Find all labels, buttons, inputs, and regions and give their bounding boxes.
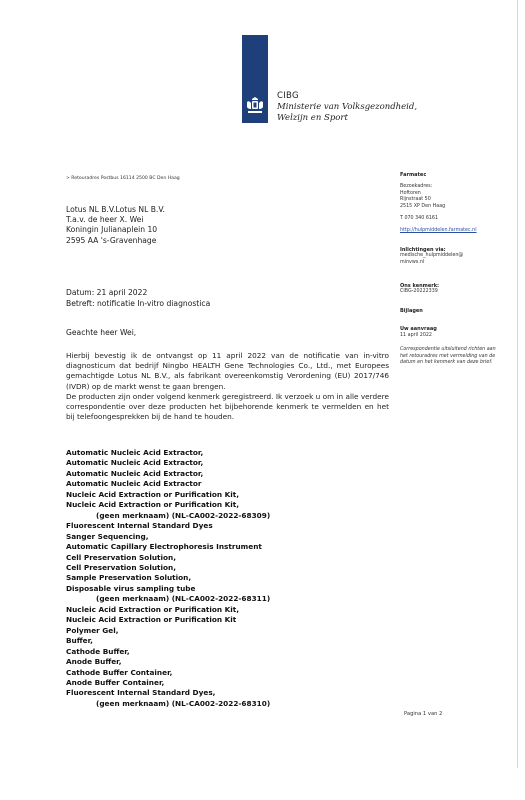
body-paragraph: De producten zijn onder volgend kenmerk … — [66, 392, 389, 423]
product-item: Nucleic Acid Extraction or Purification … — [66, 605, 270, 615]
salutation: Geachte heer Wei, — [66, 328, 136, 337]
product-item: Cathode Buffer, — [66, 647, 270, 657]
ministry-name-line2: Welzijn en Sport — [277, 113, 417, 124]
product-item: Anode Buffer Container, — [66, 678, 270, 688]
correspondence-note: Correspondentie uitsluitend richten aan … — [400, 347, 500, 366]
recipient-line: 2595 AA 's-Gravenhage — [66, 236, 165, 246]
product-item: Nucleic Acid Extraction or Purification … — [66, 500, 270, 510]
letter-subject: Betreft: notificatie In-vitro diagnostic… — [66, 299, 210, 310]
product-item: Automatic Nucleic Acid Extractor — [66, 479, 270, 489]
letter-date: Datum: 21 april 2022 — [66, 288, 210, 299]
ministry-name-line1: Ministerie van Volksgezondheid, — [277, 102, 417, 113]
recipient-line: Lotus NL B.V.Lotus NL B.V. — [66, 205, 165, 215]
recipient-line: Koningin Julianaplein 10 — [66, 225, 165, 235]
coat-of-arms-icon — [244, 94, 266, 118]
recipient-address: Lotus NL B.V.Lotus NL B.V. T.a.v. de hee… — [66, 205, 165, 246]
product-item: Sample Preservation Solution, — [66, 573, 270, 583]
product-registration-code: (geen merknaam) (NL-CA002-2022-68309) — [66, 511, 270, 521]
body-paragraph: Hierbij bevestig ik de ontvangst op 11 a… — [66, 351, 389, 392]
product-item: Polymer Gel, — [66, 626, 270, 636]
product-list: Automatic Nucleic Acid Extractor,Automat… — [66, 448, 270, 709]
letter-meta: Datum: 21 april 2022 Betreft: notificati… — [66, 288, 210, 309]
product-item: Nucleic Acid Extraction or Purification … — [66, 615, 270, 625]
product-item: Buffer, — [66, 636, 270, 646]
org-name: CIBG — [277, 91, 417, 102]
attachments-label: Bijlagen — [400, 308, 510, 314]
product-item: Cathode Buffer Container, — [66, 668, 270, 678]
recipient-line: T.a.v. de heer X. Wei — [66, 215, 165, 225]
sidebar-info: Farmatec Bezoekadres: Hoftoren Rijnstraa… — [400, 172, 510, 372]
product-registration-code: (geen merknaam) (NL-CA002-2022-68311) — [66, 594, 270, 604]
request-date: 11 april 2022 — [400, 333, 510, 339]
product-item: Fluorescent Internal Standard Dyes, — [66, 688, 270, 698]
info-email-line[interactable]: minvws.nl — [400, 260, 510, 266]
return-address: > Retouradres Postbus 16114 2500 BC Den … — [66, 176, 180, 181]
page-number: Pagina 1 van 2 — [404, 711, 442, 717]
product-item: Anode Buffer, — [66, 657, 270, 667]
product-item: Automatic Nucleic Acid Extractor, — [66, 458, 270, 468]
product-item: Automatic Capillary Electrophoresis Inst… — [66, 542, 270, 552]
product-item: Cell Preservation Solution, — [66, 563, 270, 573]
product-item: Sanger Sequencing, — [66, 532, 270, 542]
product-item: Cell Preservation Solution, — [66, 553, 270, 563]
visit-address-line: 2515 XP Den Haag — [400, 204, 510, 210]
department-name: Farmatec — [400, 172, 510, 178]
product-item: Disposable virus sampling tube — [66, 584, 270, 594]
logo-text: CIBG Ministerie van Volksgezondheid, Wel… — [277, 91, 417, 124]
product-registration-code: (geen merknaam) (NL-CA002-2022-68310) — [66, 699, 270, 709]
letter-body: Hierbij bevestig ik de ontvangst op 11 a… — [66, 351, 389, 422]
reference-value: CIBG-20222339 — [400, 289, 510, 295]
website-link[interactable]: http://hulpmiddelen.farmatec.nl — [400, 228, 477, 233]
product-item: Automatic Nucleic Acid Extractor, — [66, 448, 270, 458]
phone-number: T 070 340 6161 — [400, 216, 510, 222]
product-item: Fluorescent Internal Standard Dyes — [66, 521, 270, 531]
product-item: Nucleic Acid Extraction or Purification … — [66, 490, 270, 500]
letter-page: CIBG Ministerie van Volksgezondheid, Wel… — [0, 0, 518, 768]
product-item: Automatic Nucleic Acid Extractor, — [66, 469, 270, 479]
